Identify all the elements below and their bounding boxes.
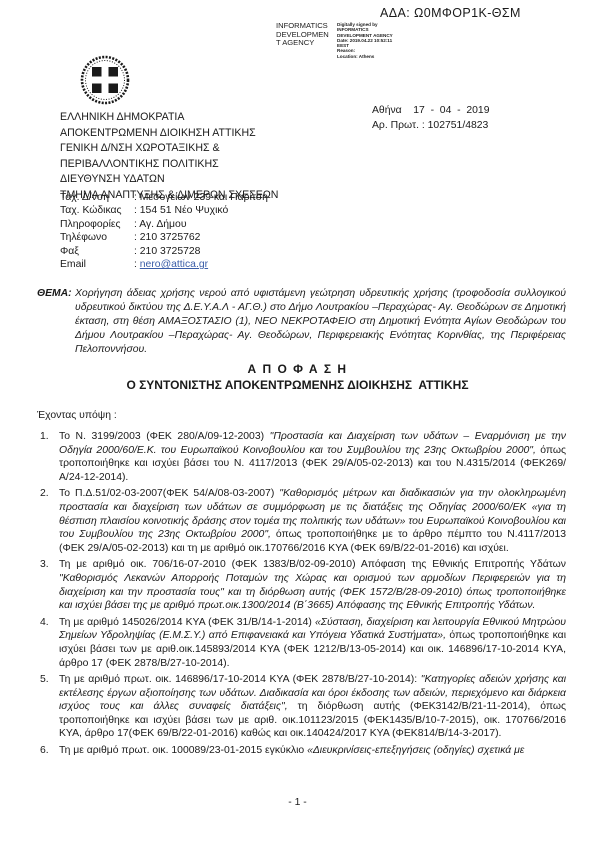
signature-details: Digitally signed byINFORMATICSDEVELOPMEN… (337, 22, 393, 59)
item-text: Τη με αριθμό πρωτ. οικ. 100089/23-01-201… (59, 744, 566, 758)
item-text-plain: Τη με αριθμό 145026/2014 ΚΥΑ (ΦΕΚ 31/Β/1… (59, 617, 315, 628)
contact-row: Τηλέφωνο: 210 3725762 (60, 231, 268, 244)
agency-line: ΠΕΡΙΒΑΛΛΟΝΤΙΚΗΣ ΠΟΛΙΤΙΚΗΣ (60, 157, 278, 173)
list-item: 4.Τη με αριθμό 145026/2014 ΚΥΑ (ΦΕΚ 31/Β… (37, 616, 566, 670)
contact-row: Φαξ: 210 3725728 (60, 245, 268, 258)
city-date: Αθήνα 17 - 04 - 2019 (372, 104, 489, 119)
greek-coat-of-arms-icon (79, 54, 131, 106)
item-text: Το Π.Δ.51/02-03-2007(ΦΕΚ 54/Α/08-03-2007… (59, 487, 566, 555)
contact-label: Ταχ. Δ/νση (60, 191, 134, 204)
item-number: 3. (37, 558, 59, 612)
contact-label: Ταχ. Κώδικας (60, 204, 134, 217)
list-item: 2.Το Π.Δ.51/02-03-2007(ΦΕΚ 54/Α/08-03-20… (37, 487, 566, 555)
date-protocol-block: Αθήνα 17 - 04 - 2019 Αρ. Πρωτ. : 102751/… (372, 104, 489, 133)
list-item: 6.Τη με αριθμό πρωτ. οικ. 100089/23-01-2… (37, 744, 566, 758)
digital-signature-block: INFORMATICS DEVELOPMENT AGENCY Digitally… (276, 22, 393, 59)
list-item: 1.Το Ν. 3199/2003 (ΦΕΚ 280/Α/09-12-2003)… (37, 430, 566, 484)
item-text: Τη με αριθμό πρωτ. οικ. 146896/17-10-201… (59, 673, 566, 741)
contact-value: : nero@attica.gr (134, 258, 208, 271)
subject-label: ΘΕΜΑ: (37, 287, 75, 357)
contact-label: Φαξ (60, 245, 134, 258)
contact-value: : 210 3725762 (134, 231, 200, 244)
ada-code: ΑΔΑ: Ω0ΜΦΟΡ1Κ-ΘΣΜ (380, 6, 521, 20)
decision-subtitle: Ο ΣΥΝΤΟΝΙΣΤΗΣ ΑΠΟΚΕΝΤΡΩΜΕΝΗΣ ΔΙΟΙΚΗΣΗΣ Α… (0, 378, 595, 392)
item-text-quoted: "Καθορισμός Λεκανών Απορροής Ποταμών της… (59, 573, 566, 611)
contact-row: Email: nero@attica.gr (60, 258, 268, 271)
item-text-plain: Τη με αριθμό πρωτ. οικ. 100089/23-01-201… (59, 745, 307, 756)
item-text: Το Ν. 3199/2003 (ΦΕΚ 280/Α/09-12-2003) "… (59, 430, 566, 484)
agency-line: ΕΛΛΗΝΙΚΗ ΔΗΜΟΚΡΑΤΙΑ (60, 110, 278, 126)
item-number: 1. (37, 430, 59, 484)
item-text-quoted: «Διευκρινίσεις-επεξηγήσεις (οδηγίες) σχε… (307, 745, 524, 756)
item-text-plain: Το Ν. 3199/2003 (ΦΕΚ 280/Α/09-12-2003) (59, 431, 270, 442)
agency-header: ΕΛΛΗΝΙΚΗ ΔΗΜΟΚΡΑΤΙΑΑΠΟΚΕΝΤΡΩΜΕΝΗ ΔΙΟΙΚΗΣ… (60, 110, 278, 203)
agency-line: ΓΕΝΙΚΗ Δ/ΝΣΗ ΧΩΡΟΤΑΞΙΚΗΣ & (60, 141, 278, 157)
item-text: Τη με αριθμό 145026/2014 ΚΥΑ (ΦΕΚ 31/Β/1… (59, 616, 566, 670)
item-number: 4. (37, 616, 59, 670)
contact-value: : 154 51 Νέο Ψυχικό (134, 204, 228, 217)
item-text: Τη με αριθμό οικ. 706/16-07-2010 (ΦΕΚ 13… (59, 558, 566, 612)
subject-text: Χορήγηση άδειας χρήσης νερού από υφιστάμ… (75, 287, 566, 357)
list-item: 5.Τη με αριθμό πρωτ. οικ. 146896/17-10-2… (37, 673, 566, 741)
having-regard-label: Έχοντας υπόψη : (37, 410, 117, 421)
agency-line: ΔΙΕΥΘΥΝΣΗ ΥΔΑΤΩΝ (60, 172, 278, 188)
subject-block: ΘΕΜΑ: Χορήγηση άδειας χρήσης νερού από υ… (37, 287, 566, 357)
contact-block: Ταχ. Δ/νση: Μεσογείων 239 και ΠαρίτσηΤαχ… (60, 191, 268, 271)
contact-value: : Μεσογείων 239 και Παρίτση (134, 191, 268, 204)
signature-agency-name: INFORMATICS DEVELOPMENT AGENCY (276, 22, 332, 59)
page-number: - 1 - (0, 797, 595, 808)
document-page: ΑΔΑ: Ω0ΜΦΟΡ1Κ-ΘΣΜ INFORMATICS DEVELOPMEN… (0, 0, 595, 842)
contact-value: : Αγ. Δήμου (134, 218, 187, 231)
protocol-number: Αρ. Πρωτ. : 102751/4823 (372, 119, 489, 134)
item-number: 2. (37, 487, 59, 555)
item-number: 5. (37, 673, 59, 741)
item-number: 6. (37, 744, 59, 758)
contact-row: Ταχ. Κώδικας: 154 51 Νέο Ψυχικό (60, 204, 268, 217)
contact-label: Πληροφορίες (60, 218, 134, 231)
contact-row: Πληροφορίες: Αγ. Δήμου (60, 218, 268, 231)
contact-row: Ταχ. Δ/νση: Μεσογείων 239 και Παρίτση (60, 191, 268, 204)
item-text-plain: Τη με αριθμό πρωτ. οικ. 146896/17-10-201… (59, 674, 421, 685)
contact-label: Τηλέφωνο (60, 231, 134, 244)
agency-line: ΑΠΟΚΕΝΤΡΩΜΕΝΗ ΔΙΟΙΚΗΣΗ ΑΤΤΙΚΗΣ (60, 126, 278, 142)
contact-label: Email (60, 258, 134, 271)
email-link[interactable]: nero@attica.gr (140, 259, 208, 270)
signature-detail-line: Location: Athens (337, 54, 393, 59)
decision-title: Α Π Ο Φ Α Σ Η (0, 362, 595, 376)
item-text-plain: Τη με αριθμό οικ. 706/16-07-2010 (ΦΕΚ 13… (59, 559, 566, 570)
item-text-plain: Το Π.Δ.51/02-03-2007(ΦΕΚ 54/Α/08-03-2007… (59, 488, 279, 499)
contact-value: : 210 3725728 (134, 245, 200, 258)
legal-references-list: 1.Το Ν. 3199/2003 (ΦΕΚ 280/Α/09-12-2003)… (37, 430, 566, 761)
list-item: 3.Τη με αριθμό οικ. 706/16-07-2010 (ΦΕΚ … (37, 558, 566, 612)
